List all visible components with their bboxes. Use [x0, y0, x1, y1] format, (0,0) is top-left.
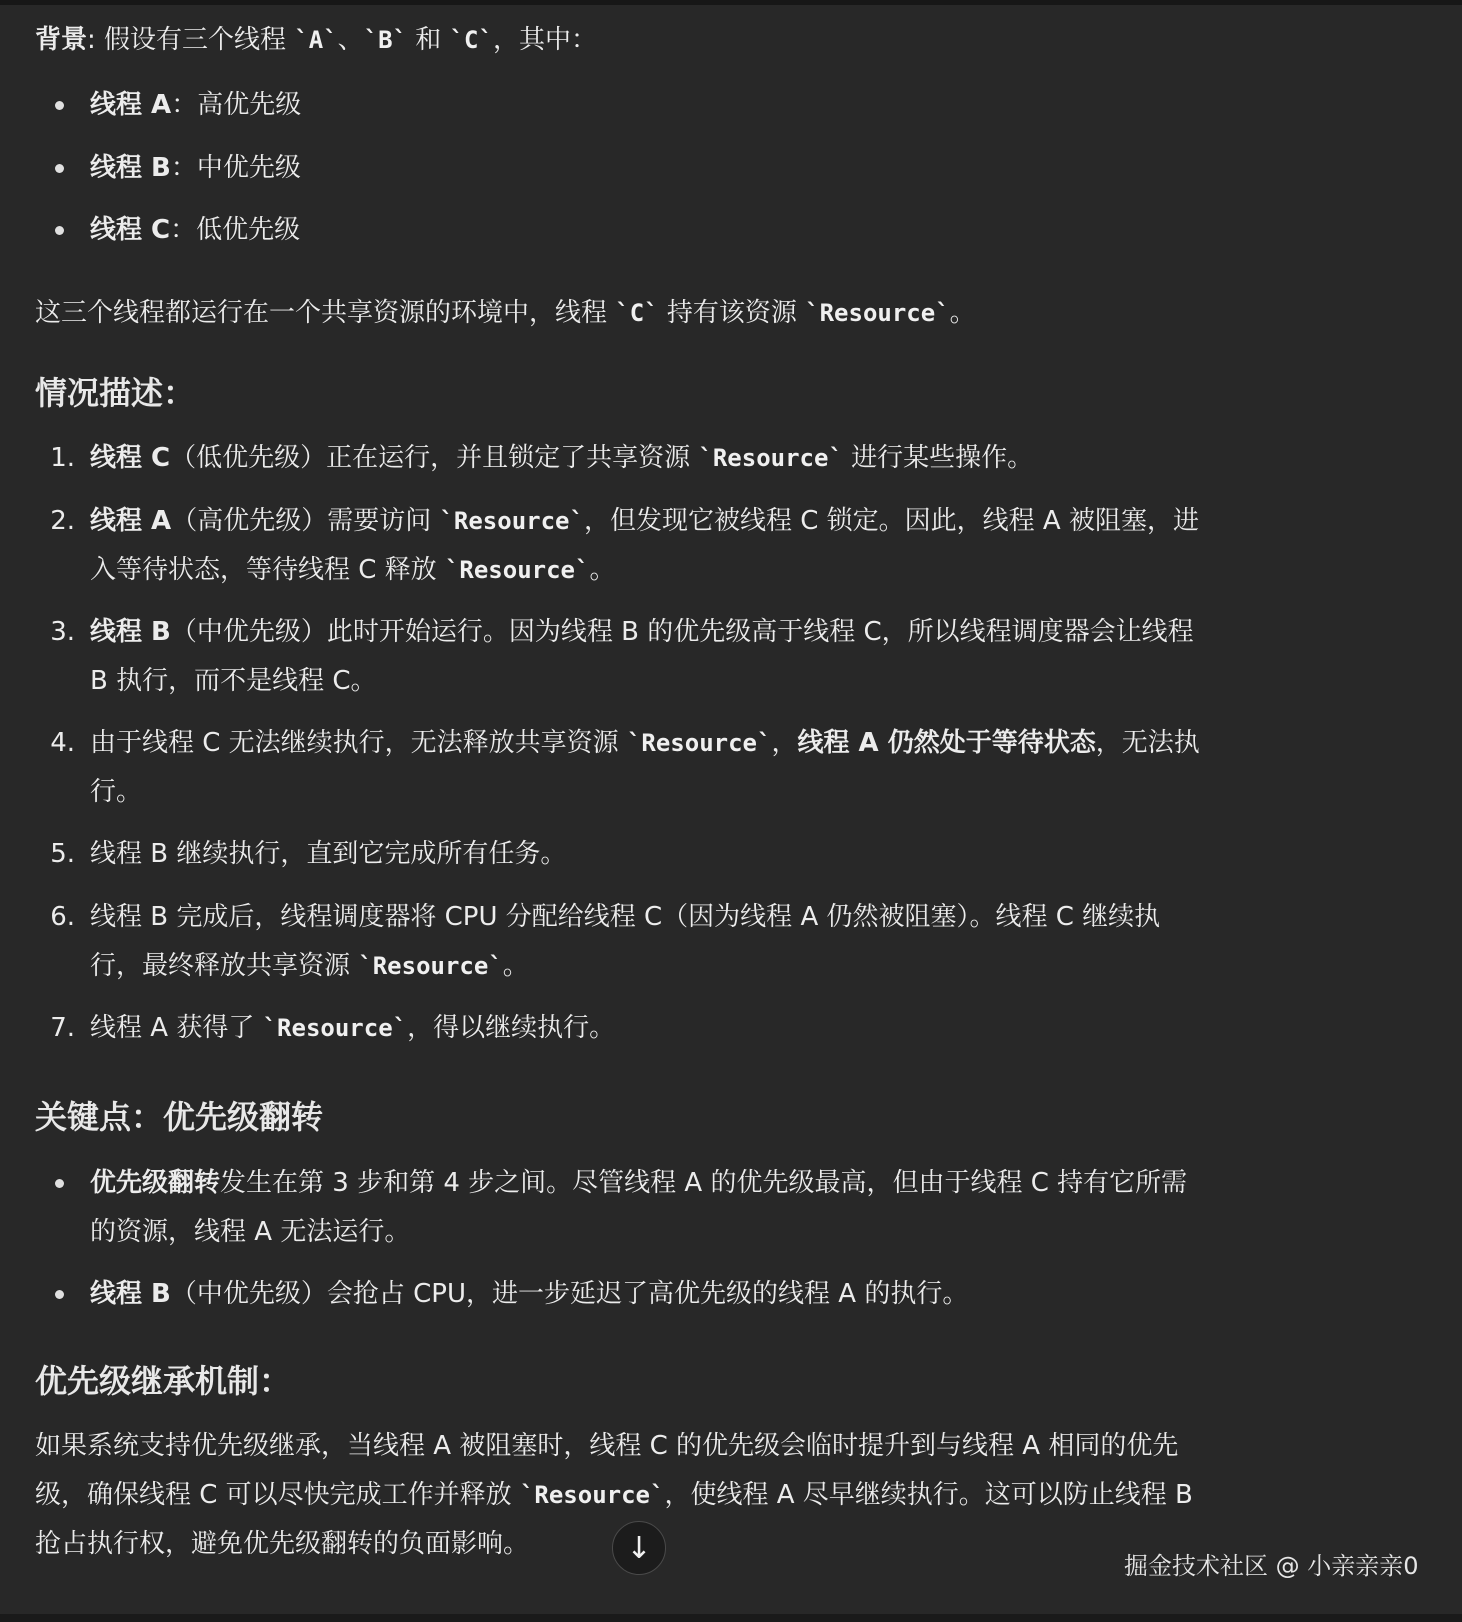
list-item: 线程 B 完成后，线程调度器将 CPU 分配给线程 C（因为线程 A 仍然被阻塞… — [90, 892, 1160, 942]
list-item: 线程 A：高优先级 — [90, 80, 301, 130]
watermark: 掘金技术社区 @ 小亲亲亲0 — [1124, 1546, 1419, 1581]
bullet-icon — [55, 226, 64, 235]
arrow-down-icon: ↓ — [626, 1531, 651, 1566]
background-paragraph: 背景: 假设有三个线程 `A`、`B` 和 `C`，其中： — [35, 15, 597, 65]
keypoint-heading: 关键点：优先级翻转 — [35, 1092, 323, 1138]
bullet-icon — [55, 164, 64, 173]
list-item: 线程 A（高优先级）需要访问 `Resource`，但发现它被线程 C 锁定。因… — [90, 496, 1199, 546]
list-item: 线程 B：中优先级 — [90, 143, 301, 193]
list-item: 线程 B（中优先级）会抢占 CPU，进一步延迟了高优先级的线程 A 的执行。 — [90, 1269, 968, 1319]
scroll-to-bottom-button[interactable]: ↓ — [612, 1521, 666, 1575]
list-item-continuation: 行。 — [90, 767, 142, 817]
bullet-icon — [55, 1290, 64, 1299]
list-item: 线程 C：低优先级 — [90, 205, 300, 255]
situation-heading: 情况描述： — [35, 368, 195, 414]
environment-paragraph: 这三个线程都运行在一个共享资源的环境中，线程 `C` 持有该资源 `Resour… — [35, 288, 976, 338]
list-item-continuation: B 执行，而不是线程 C。 — [90, 656, 377, 706]
inheritance-heading: 优先级继承机制： — [35, 1356, 291, 1402]
list-item-continuation: 入等待状态，等待线程 C 释放 `Resource`。 — [90, 545, 615, 595]
bullet-icon — [55, 101, 64, 110]
list-item: 线程 C（低优先级）正在运行，并且锁定了共享资源 `Resource` 进行某些… — [90, 433, 1033, 483]
list-item: 线程 B 继续执行，直到它完成所有任务。 — [90, 829, 566, 879]
list-item-continuation: 行，最终释放共享资源 `Resource`。 — [90, 941, 529, 991]
list-item: 线程 A 获得了 `Resource`，得以继续执行。 — [90, 1003, 615, 1053]
list-item: 线程 B（中优先级）此时开始运行。因为线程 B 的优先级高于线程 C，所以线程调… — [90, 607, 1194, 657]
bottom-bar — [0, 1614, 1462, 1622]
top-bar — [0, 0, 1462, 5]
list-item: 由于线程 C 无法继续执行，无法释放共享资源 `Resource`，线程 A 仍… — [90, 718, 1200, 768]
list-item-continuation: 的资源，线程 A 无法运行。 — [90, 1207, 410, 1257]
list-item: 优先级翻转发生在第 3 步和第 4 步之间。尽管线程 A 的优先级最高，但由于线… — [90, 1158, 1187, 1208]
bullet-icon — [55, 1179, 64, 1188]
